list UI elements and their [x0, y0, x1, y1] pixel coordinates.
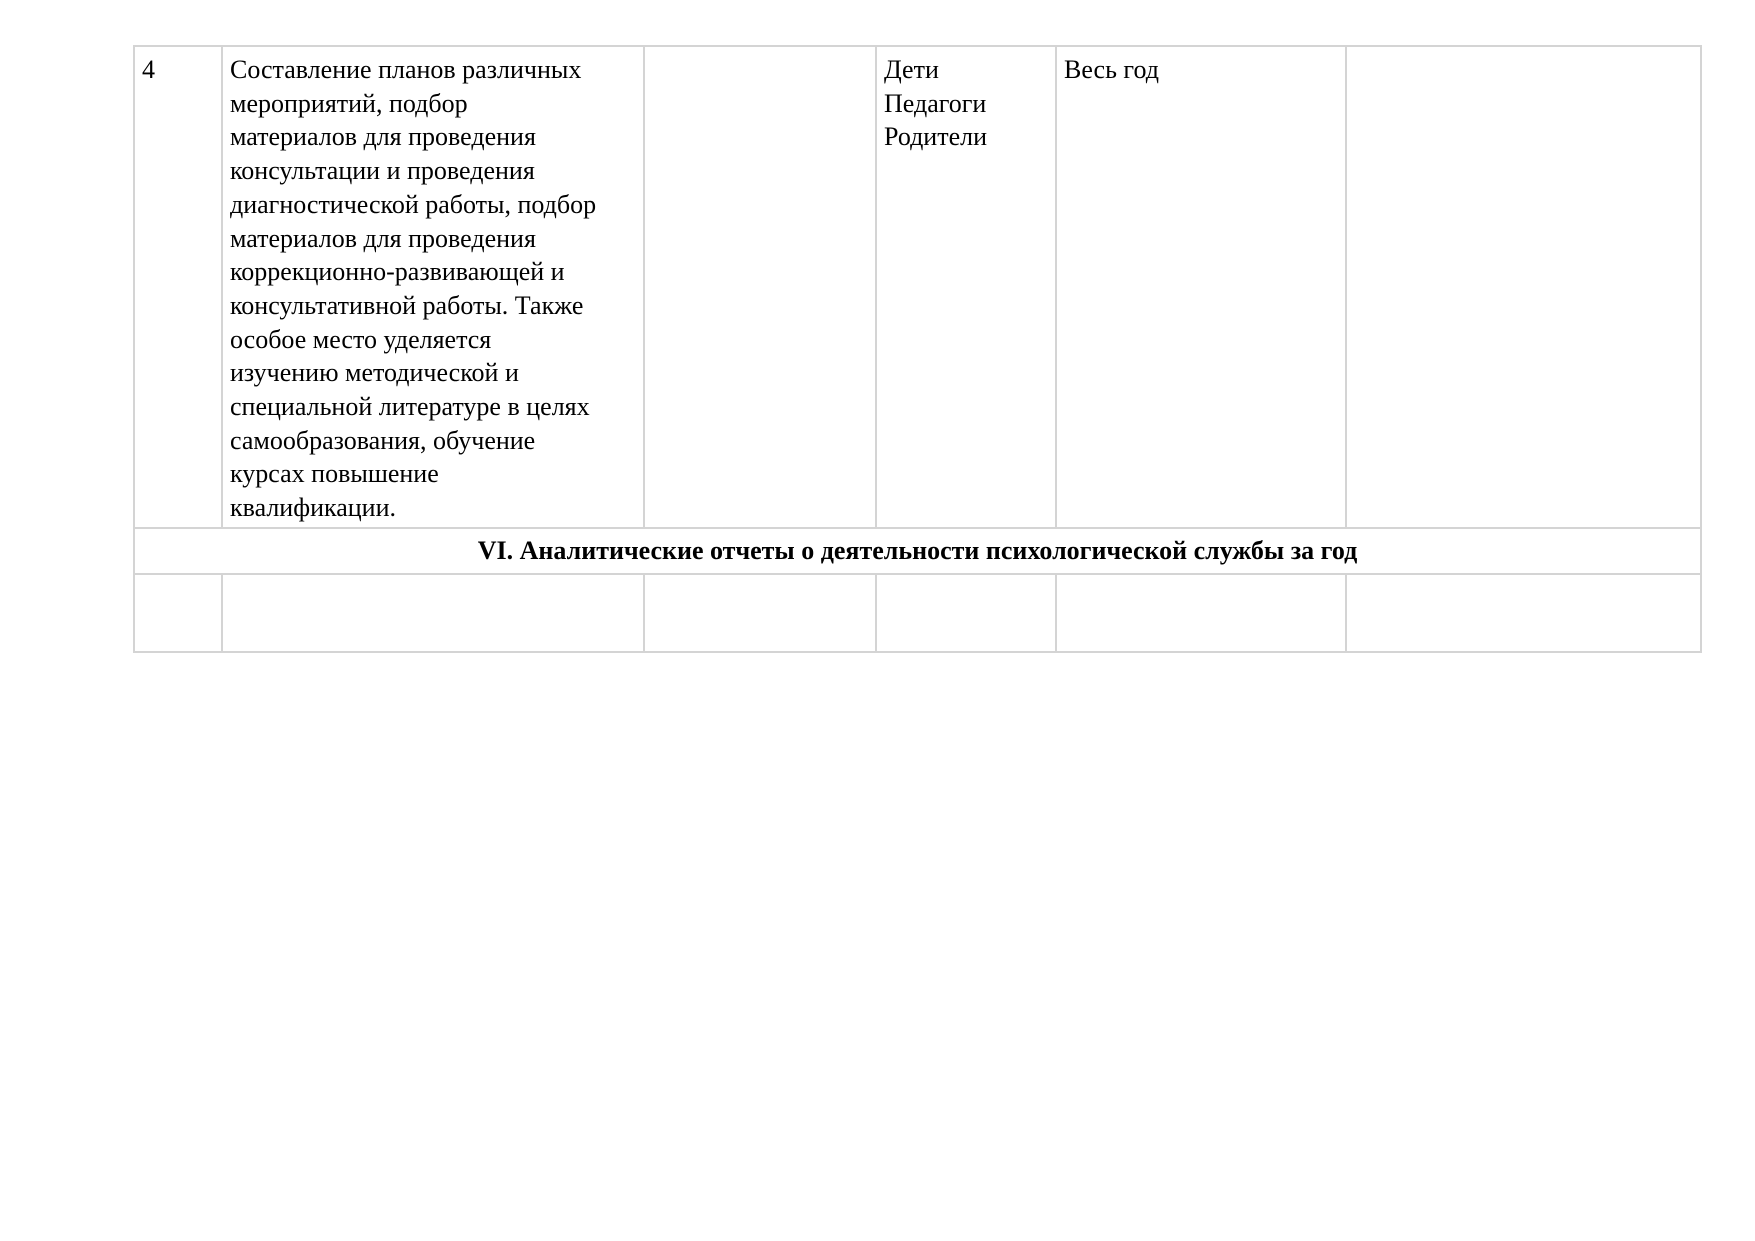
empty-cell	[134, 574, 222, 652]
participant: Педагоги	[884, 87, 1048, 121]
plan-table: 4 Составление планов различных мероприят…	[133, 45, 1702, 653]
description-line: специальной литературе в целях	[230, 390, 636, 424]
description-line: квалификации.	[230, 491, 636, 525]
description-line: особое место уделяется	[230, 323, 636, 357]
description-line: мероприятий, подбор	[230, 87, 636, 121]
section-heading: VI. Аналитические отчеты о деятельности …	[134, 528, 1701, 574]
description-line: консультативной работы. Также	[230, 289, 636, 323]
empty-cell	[876, 574, 1056, 652]
row-number: 4	[142, 55, 155, 84]
description-line: самообразования, обучение	[230, 424, 636, 458]
description-line: Составление планов различных	[230, 53, 636, 87]
cell-number: 4	[134, 46, 222, 528]
section-heading-row: VI. Аналитические отчеты о деятельности …	[134, 528, 1701, 574]
cell-period: Весь год	[1056, 46, 1346, 528]
description-line: материалов для проведения	[230, 222, 636, 256]
description-line: коррекционно-развивающей и	[230, 255, 636, 289]
empty-cell	[222, 574, 644, 652]
empty-cell	[644, 574, 876, 652]
participant: Дети	[884, 53, 1048, 87]
description-line: консультации и проведения	[230, 154, 636, 188]
description-line: курсах повышение	[230, 457, 636, 491]
participant: Родители	[884, 120, 1048, 154]
description-line: материалов для проведения	[230, 120, 636, 154]
empty-cell	[1346, 574, 1701, 652]
empty-cell	[1056, 574, 1346, 652]
table-row: 4 Составление планов различных мероприят…	[134, 46, 1701, 528]
cell-description: Составление планов различных мероприятий…	[222, 46, 644, 528]
cell-participants: Дети Педагоги Родители	[876, 46, 1056, 528]
cell-note	[1346, 46, 1701, 528]
description-line: диагностической работы, подбор	[230, 188, 636, 222]
description-line: изучению методической и	[230, 356, 636, 390]
cell-form	[644, 46, 876, 528]
table-row	[134, 574, 1701, 652]
